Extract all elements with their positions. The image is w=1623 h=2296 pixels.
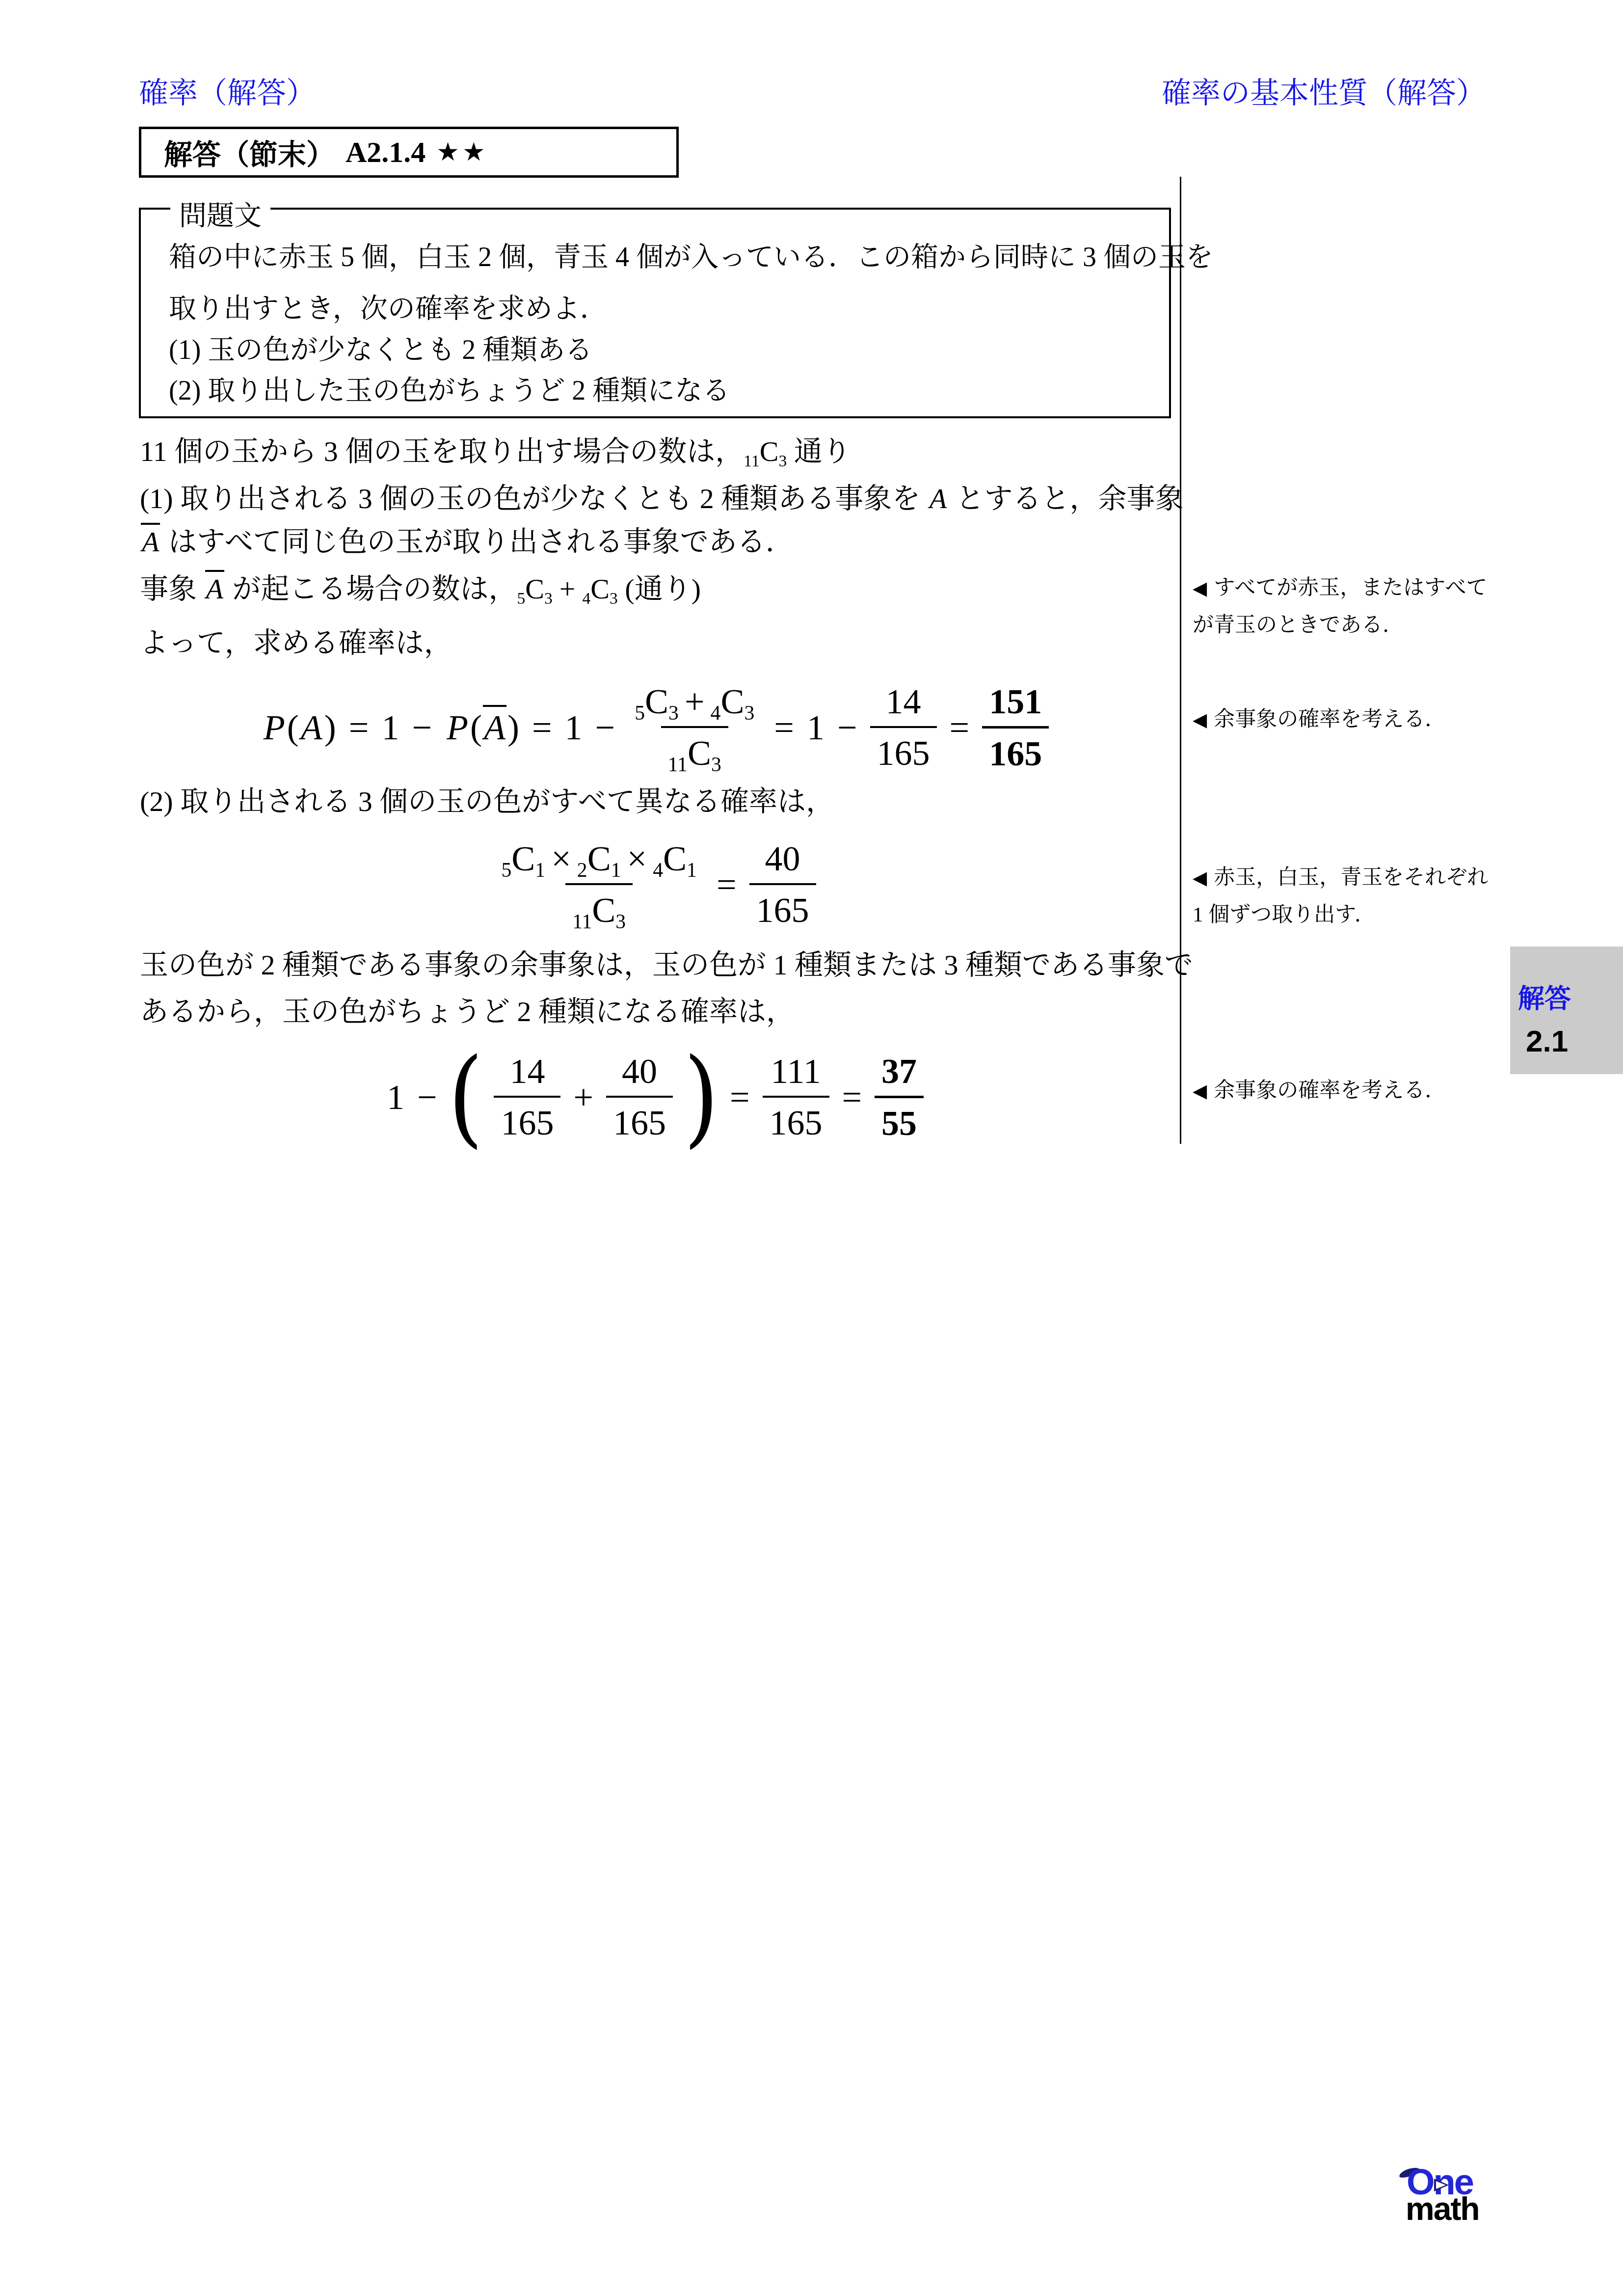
fraction-14-165: 14 165 <box>870 681 937 774</box>
fraction-combinations: 5C3 + 4C3 11C3 <box>628 681 761 774</box>
problem-box-label: 問題文 <box>170 194 270 233</box>
P-of-A-complement: P(A) <box>445 707 519 748</box>
problem-line: (1) 玉の色が少なくとも 2 種類ある <box>169 328 592 367</box>
combination-5C3: 5C3 <box>517 573 552 605</box>
combination-4C3: 4C3 <box>583 573 618 605</box>
problem-box: 問題文 箱の中に赤玉 5 個，白玉 2 個，青玉 4 個が入っている．この箱から… <box>139 208 1171 418</box>
body-line: 11 個の玉から 3 個の玉を取り出す場合の数は，11C3 通り <box>140 428 851 469</box>
tab-number: 2.1 <box>1526 1024 1568 1059</box>
body-line: 玉の色が 2 種類である事象の余事象は，玉の色が 1 種類または 3 種類である… <box>140 942 1193 983</box>
problem-line: 取り出すとき，次の確率を求めよ． <box>169 287 608 326</box>
body-line: A はすべて同じ色の玉が取り出される事象である． <box>140 518 794 560</box>
solution-title-label: 解答（節末） <box>164 132 335 173</box>
combination-11C3: 11C3 <box>744 435 787 467</box>
event-A-complement: A <box>140 526 161 558</box>
difficulty-stars-icon: ★★ <box>436 137 488 167</box>
event-A-complement: A <box>204 573 225 605</box>
left-triangle-icon: ◀ <box>1193 1080 1207 1102</box>
fraction-40-165: 40 165 <box>749 838 816 931</box>
left-triangle-icon: ◀ <box>1193 709 1207 730</box>
body-line: (1) 取り出される 3 個の玉の色が少なくとも 2 種類ある事象を A とする… <box>140 475 1184 516</box>
document-page: 確率（解答） 確率の基本性質（解答） 解答（節末） A2.1.4 ★★ 問題文 … <box>0 0 1623 2296</box>
P-of-A: P(A) <box>262 707 336 748</box>
left-triangle-icon: ◀ <box>1193 867 1207 889</box>
problem-line: 箱の中に赤玉 5 個，白玉 2 個，青玉 4 個が入っている．この箱から同時に … <box>169 235 1213 274</box>
body-line: よって，求める確率は， <box>140 620 452 661</box>
solution-title-box: 解答（節末） A2.1.4 ★★ <box>139 127 679 178</box>
fraction-111-165: 111 165 <box>763 1051 829 1143</box>
onemath-logo: One math <box>1405 2164 1532 2233</box>
margin-note: ◀赤玉，白玉，青玉をそれぞれ 1 個ずつ取り出す． <box>1193 859 1489 934</box>
fraction-40-165: 40 165 <box>606 1051 673 1143</box>
body-line: 事象 A が起こる場合の数は，5C3+4C3 (通り) <box>140 566 701 607</box>
logo-math-text: math <box>1406 2192 1479 2225</box>
formula-3: 1 − ( 14 165 + 40 165 ) = 111 165 = 37 5… <box>140 1051 1171 1144</box>
formula-2: 5C1 × 2C1 × 4C1 11C3 = 40 165 <box>140 840 1171 929</box>
formula-1: P(A) = 1 − P(A) = 1 − 5C3 + 4C3 11C3 = 1… <box>140 683 1171 772</box>
problem-line: (2) 取り出した玉の色がちょうど 2 種類になる <box>169 369 730 408</box>
header-right-title: 確率の基本性質（解答） <box>1162 70 1486 112</box>
section-tab: 解答 2.1 <box>1510 946 1623 1074</box>
margin-separator-rule <box>1180 177 1181 1144</box>
margin-note: ◀すべてが赤玉，またはすべてが青玉のときである． <box>1193 569 1489 644</box>
answer-fraction-37-55: 37 55 <box>875 1051 924 1144</box>
answer-fraction-151-165: 151 165 <box>982 681 1049 774</box>
body-line: あるから，玉の色がちょうど 2 種類になる確率は， <box>140 988 795 1029</box>
fraction-product-combinations: 5C1 × 2C1 × 4C1 11C3 <box>494 838 704 931</box>
body-line: (2) 取り出される 3 個の玉の色がすべて異なる確率は， <box>140 778 834 819</box>
event-A: A <box>928 483 949 514</box>
margin-note: ◀余事象の確率を考える． <box>1193 1072 1489 1109</box>
logo-beak-icon <box>1434 2179 1449 2191</box>
left-triangle-icon: ◀ <box>1193 577 1207 599</box>
tab-label: 解答 <box>1518 978 1571 1016</box>
problem-code: A2.1.4 <box>346 135 426 169</box>
fraction-14-165: 14 165 <box>494 1051 560 1143</box>
header-left-title: 確率（解答） <box>139 70 316 112</box>
margin-note: ◀余事象の確率を考える． <box>1193 701 1489 738</box>
